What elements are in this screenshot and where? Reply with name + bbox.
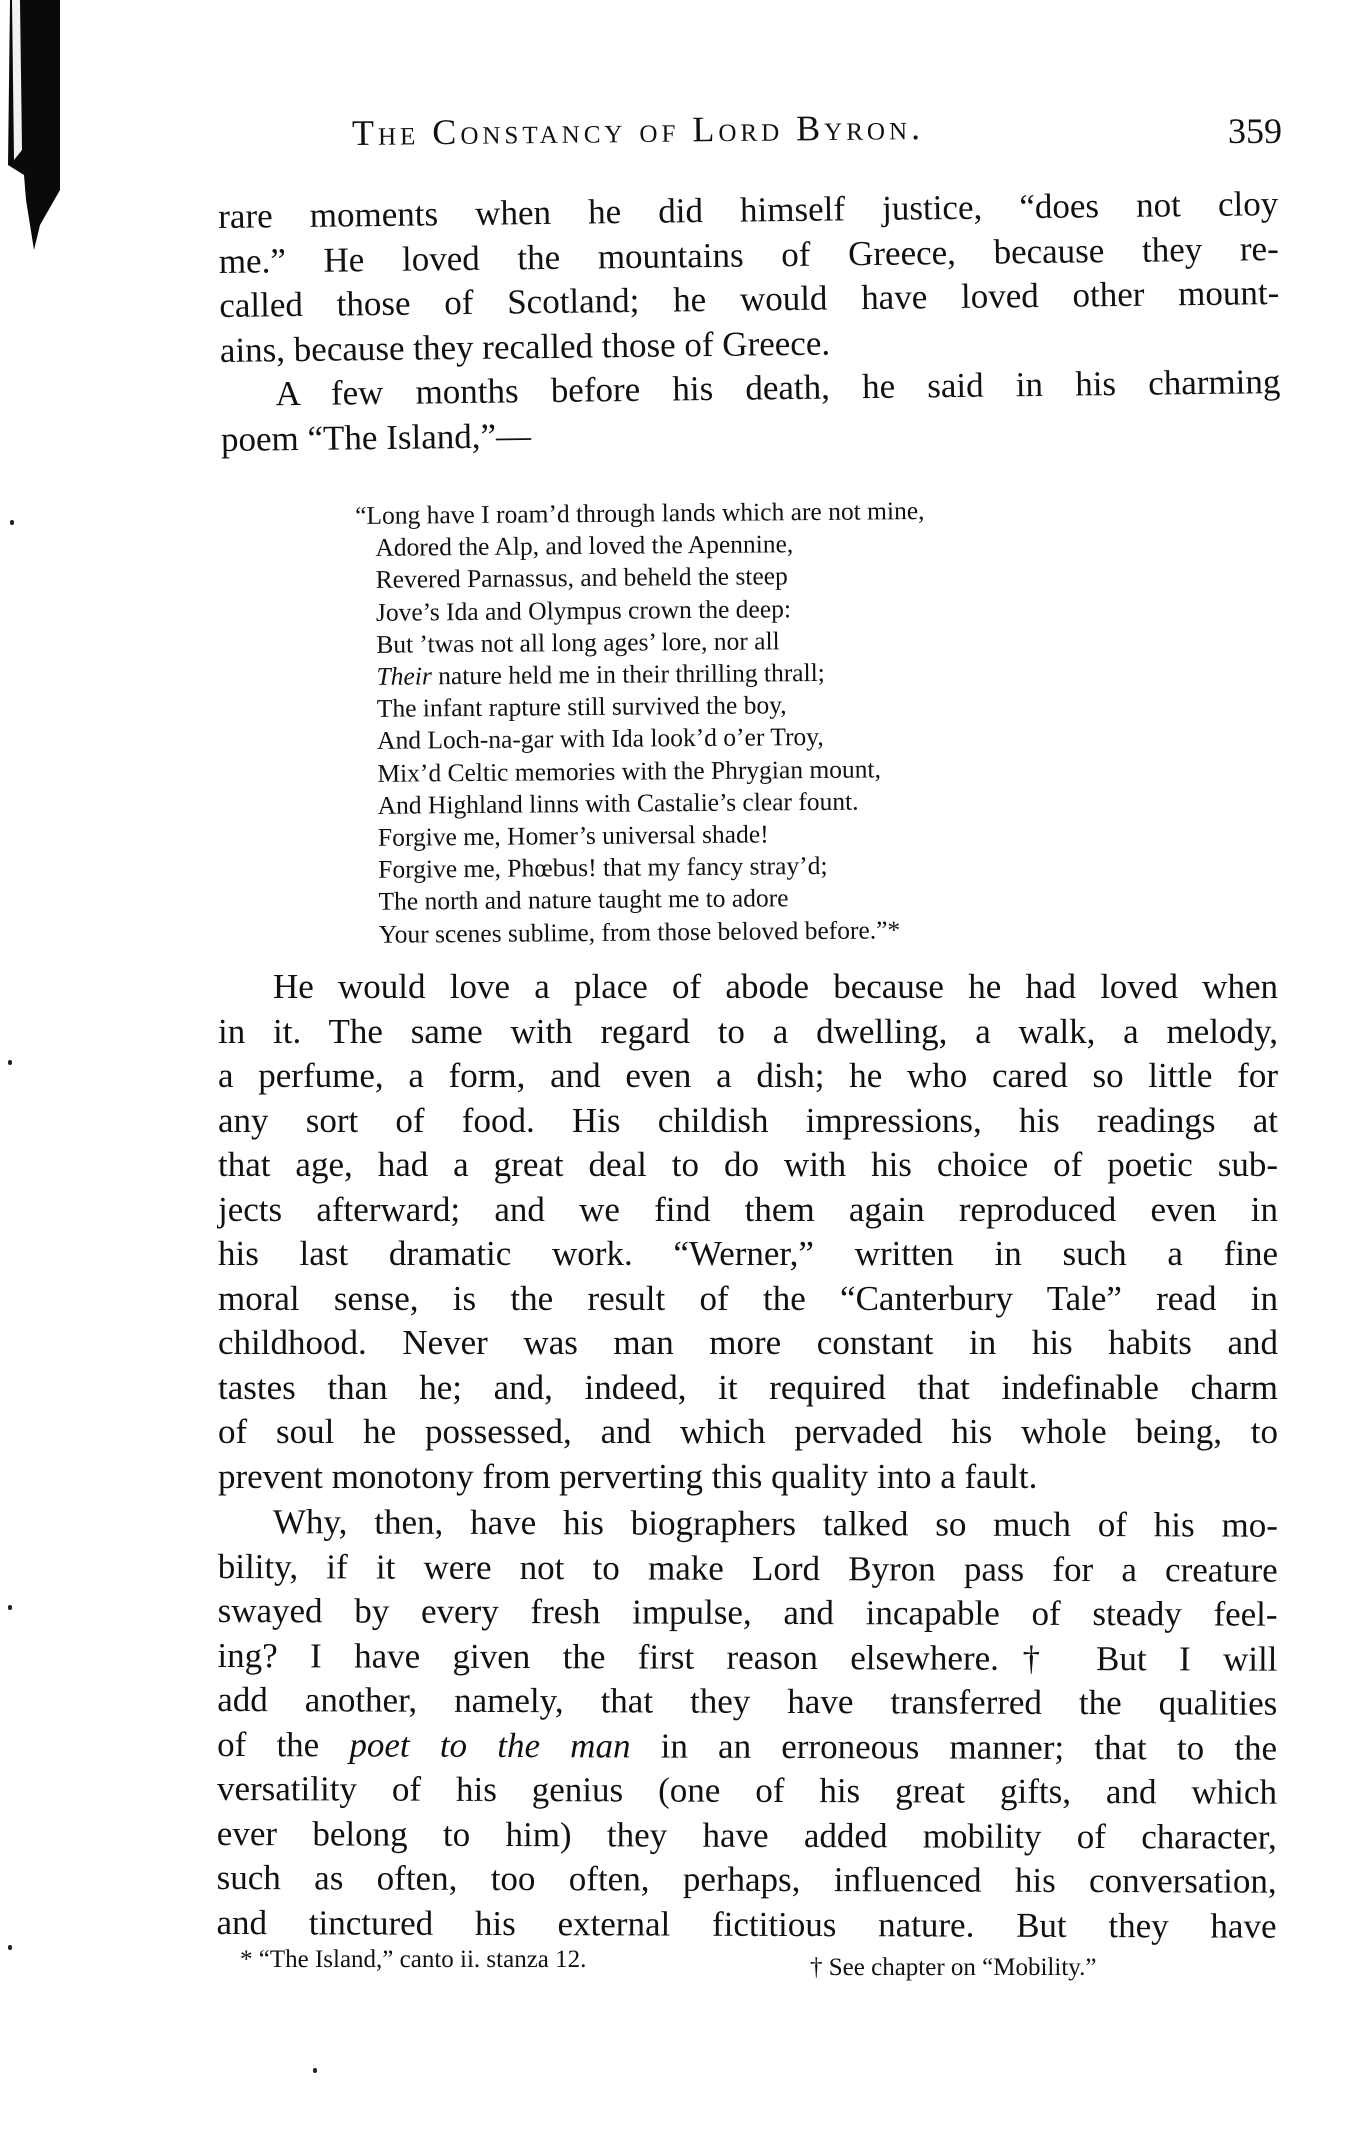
text-line: versatility of his genius (one of his gr… <box>217 1767 1277 1815</box>
text-line: moral sense, is the result of the “Cante… <box>218 1277 1278 1322</box>
text-line: bility, if it were not to make Lord Byro… <box>218 1544 1278 1592</box>
running-head: The Constancy of Lord Byron. 359 <box>352 112 1282 162</box>
margin-speck <box>8 1945 12 1950</box>
paragraph-constancy: He would love a place of abode because h… <box>218 965 1278 1499</box>
margin-speck <box>8 1060 12 1065</box>
text-line: in it. The same with regard to a dwellin… <box>218 1010 1278 1055</box>
poem-line: Revered Parnassus, and beheld the steep <box>356 559 926 596</box>
paragraph-mobility: Why, then, have his biographers talked s… <box>216 1500 1278 1949</box>
footnote-asterisk: * “The Island,” canto ii. stanza 12. <box>240 1946 586 1974</box>
text-line: that age, had a great deal to do with hi… <box>218 1143 1278 1188</box>
margin-speck <box>10 520 14 525</box>
text-line: and tinctured his external fictitious na… <box>216 1900 1276 1948</box>
text-line: such as often, too often, perhaps, influ… <box>217 1856 1277 1904</box>
italic-word: Their <box>376 661 432 690</box>
text-line: swayed by every fresh impulse, and incap… <box>218 1589 1278 1637</box>
text-line: tastes than he; and, indeed, it required… <box>218 1366 1278 1411</box>
text-line: jects afterward; and we find them again … <box>218 1188 1278 1233</box>
paragraph-continuation: rare moments when he did himself justice… <box>218 182 1281 462</box>
footnote-dagger: † See chapter on “Mobility.” <box>810 1954 1097 1982</box>
poem-line: But ’twas not all long ages’ lore, nor a… <box>356 624 926 661</box>
text-line: of the poet to the man in an erroneous m… <box>217 1722 1277 1770</box>
text-line: ever belong to him) they have added mobi… <box>217 1811 1277 1859</box>
poem-line: Adored the Alp, and loved the Apennine, <box>355 527 925 564</box>
poem-line: Jove’s Ida and Olympus crown the deep: <box>356 592 926 629</box>
margin-speck <box>8 1605 12 1610</box>
text-line: of soul he possessed, and which pervaded… <box>218 1410 1278 1455</box>
text-line: He would love a place of abode because h… <box>218 965 1278 1010</box>
italic-phrase: poet to the man <box>349 1725 630 1765</box>
poem-quotation: “Long have I roam’d through lands which … <box>355 495 928 951</box>
text-line: a perfume, a form, and even a dish; he w… <box>218 1054 1278 1099</box>
poem-line: Mix’d Celtic memories with the Phrygian … <box>357 753 927 790</box>
text-line: his last dramatic work. “Werner,” writte… <box>218 1232 1278 1277</box>
page-number: 359 <box>1228 110 1282 152</box>
binding-shadow-artifact <box>0 0 60 250</box>
poem-line: Their nature held me in their thrilling … <box>356 656 926 693</box>
poem-line: Forgive me, Phœbus! that my fancy stray’… <box>358 849 928 886</box>
poem-line: And Highland linns with Castalie’s clear… <box>358 785 928 822</box>
poem-line: Your scenes sublime, from those beloved … <box>359 914 929 951</box>
poem-line: The infant rapture still survived the bo… <box>357 688 927 725</box>
poem-line: The north and nature taught me to adore <box>358 881 928 918</box>
text-line: Why, then, have his biographers talked s… <box>218 1500 1278 1548</box>
text-line: any sort of food. His childish impressio… <box>218 1099 1278 1144</box>
poem-line: Forgive me, Homer’s universal shade! <box>358 817 928 854</box>
running-title: The Constancy of Lord Byron. <box>352 106 924 154</box>
text-line: ing? I have given the first reason elsew… <box>217 1633 1277 1681</box>
text-line: prevent monotony from perverting this qu… <box>218 1455 1278 1500</box>
margin-speck <box>313 2068 317 2073</box>
text-line: childhood. Never was man more constant i… <box>218 1321 1278 1366</box>
text-line: add another, namely, that they have tran… <box>217 1678 1277 1726</box>
poem-line: “Long have I roam’d through lands which … <box>355 495 925 532</box>
poem-line: And Loch-na-gar with Ida look’d o’er Tro… <box>357 720 927 757</box>
